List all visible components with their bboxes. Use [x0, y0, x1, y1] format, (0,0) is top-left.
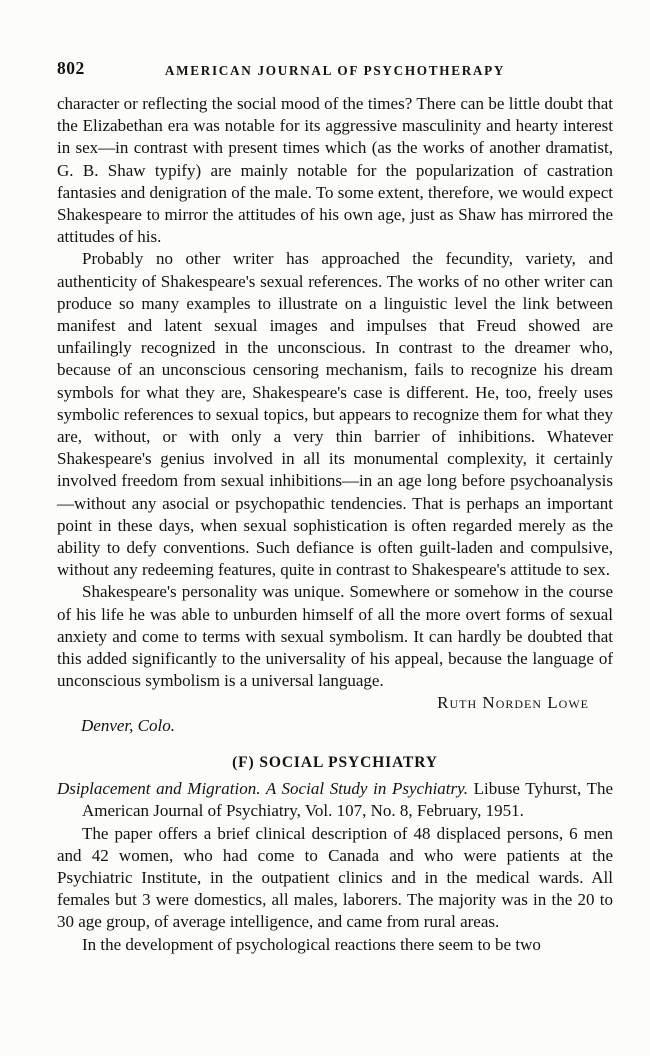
- journal-page-scan: 802 AMERICAN JOURNAL OF PSYCHOTHERAPY ch…: [0, 0, 650, 1056]
- abstract-paragraph: In the development of psychological reac…: [57, 934, 613, 956]
- review-paragraph-continuation: character or reflecting the social mood …: [57, 93, 613, 248]
- journal-title: AMERICAN JOURNAL OF PSYCHOTHERAPY: [57, 57, 613, 82]
- article-citation: Dsiplacement and Migration. A Social Stu…: [57, 778, 613, 822]
- running-header: 802 AMERICAN JOURNAL OF PSYCHOTHERAPY: [57, 57, 613, 77]
- review-paragraph: Probably no other writer has approached …: [57, 248, 613, 581]
- section-heading: (F) SOCIAL PSYCHIATRY: [57, 752, 613, 774]
- abstract-paragraph: The paper offers a brief clinical descri…: [57, 823, 613, 934]
- citation-title: Dsiplacement and Migration. A Social Stu…: [57, 779, 468, 798]
- review-paragraph: Shakespeare's personality was unique. So…: [57, 581, 613, 692]
- page-number: 802: [57, 57, 85, 79]
- page-body: character or reflecting the social mood …: [57, 93, 613, 956]
- reviewer-signature: Ruth Norden Lowe: [57, 692, 613, 714]
- reviewer-location: Denver, Colo.: [57, 715, 613, 737]
